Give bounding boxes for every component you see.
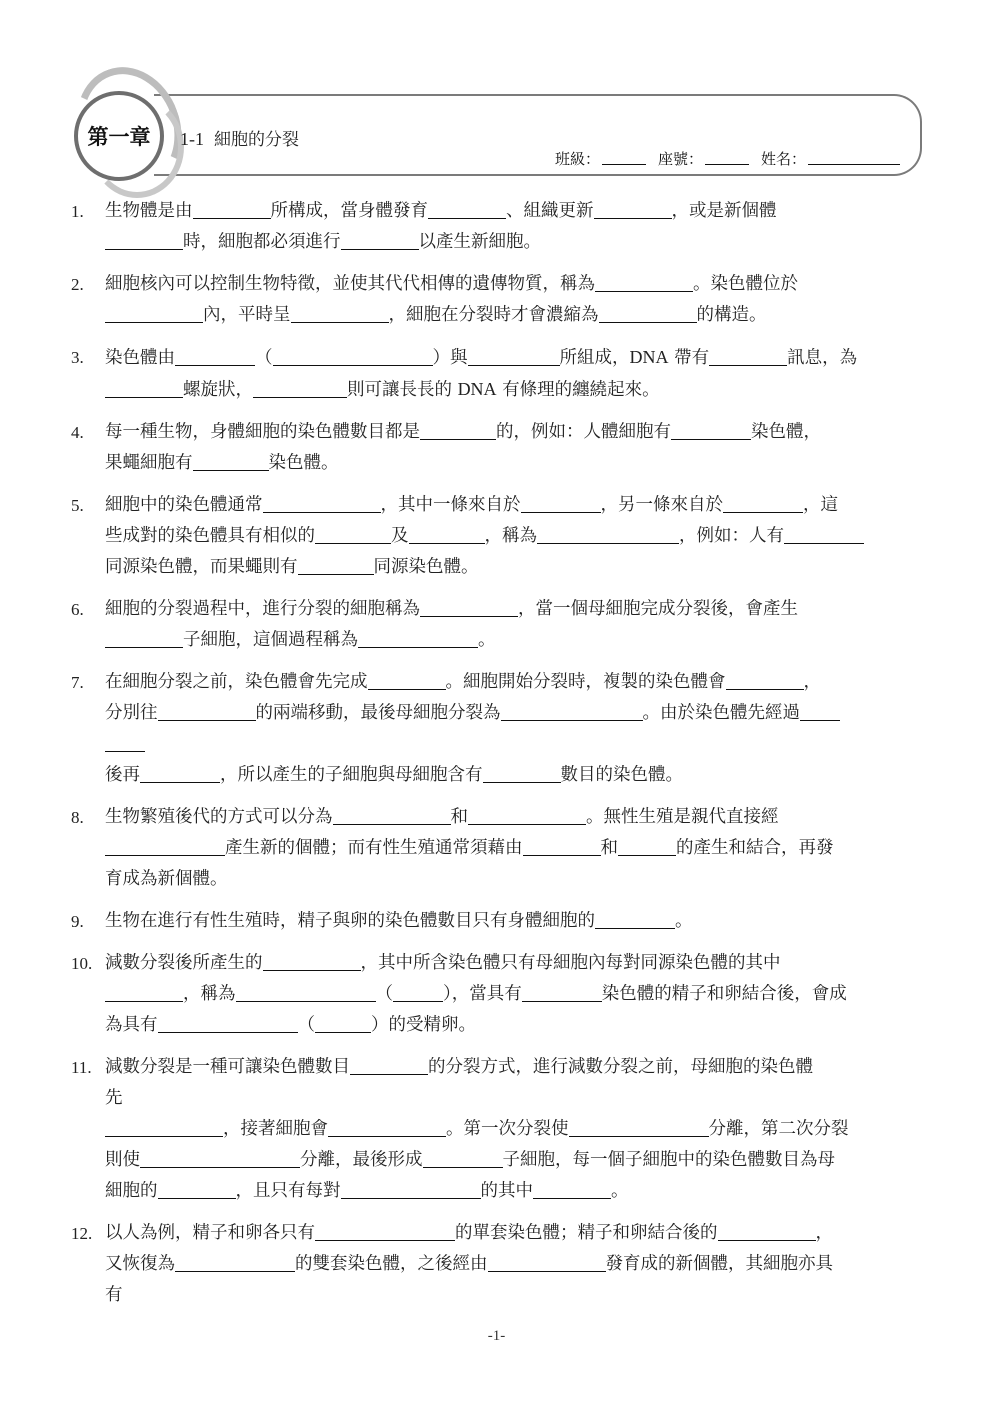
fill-in-blank[interactable] — [158, 700, 256, 721]
question-text: 。由於染色體先經過 — [643, 703, 801, 723]
question-text: ，接著細胞會 — [223, 1119, 328, 1139]
question-text: 有 — [105, 1285, 123, 1305]
fill-in-blank[interactable] — [175, 1251, 295, 1272]
question-text: 同源染色體。 — [374, 557, 479, 577]
question-text: ，或是新個體 — [672, 201, 777, 221]
question-text: （ — [298, 1015, 316, 1035]
question-text: 又恢復為 — [105, 1254, 175, 1274]
question-text: 則可讓長長的 — [347, 380, 458, 400]
question-text: 。 — [478, 630, 496, 650]
question-text: 及 — [391, 526, 409, 546]
question-number: 8. — [71, 802, 84, 833]
question-text: ，其中所含染色體只有母細胞內每對同源染色體的其中 — [361, 953, 781, 973]
fill-in-blank[interactable] — [423, 1147, 503, 1168]
question-text: 。 — [611, 1181, 629, 1201]
question-text: 每一種生物，身體細胞的染色體數目都是 — [105, 422, 420, 442]
question-text: 以人為例，精子和卵各只有 — [105, 1223, 315, 1243]
fill-in-blank[interactable] — [263, 950, 361, 971]
question-text: 後再 — [105, 765, 140, 785]
question-text: 分別往 — [105, 703, 158, 723]
section-title: 1-1細胞的分裂 — [180, 125, 299, 150]
question-text: 訊息，為 — [787, 348, 857, 368]
chapter-badge: 第一章 — [74, 91, 164, 181]
question-text: 染色體， — [751, 422, 821, 442]
class-label: 班級： — [555, 148, 600, 169]
seat-number-field[interactable]: 座號： — [658, 148, 749, 169]
question-text: 。 — [675, 911, 693, 931]
question-text: 先 — [105, 1088, 123, 1108]
question-item: 11.減數分裂是一種可讓染色體數目的分裂方式，進行減數分裂之前，母細胞的染色體先… — [68, 1052, 918, 1207]
question-text: 螺旋狀， — [183, 380, 253, 400]
fill-in-blank[interactable] — [523, 835, 601, 856]
question-text: 染色體。 — [269, 453, 339, 473]
fill-in-blank[interactable] — [393, 981, 443, 1002]
fill-in-blank[interactable] — [158, 1178, 236, 1199]
question-item: 2.細胞核內可以控制生物特徵，並使其代代相傳的遺傳物質，稱為。染色體位於內，平時… — [68, 269, 918, 331]
question-text-latin: DNA — [630, 347, 669, 367]
question-item: 5.細胞中的染色體通常，其中一條來自於，另一條來自於，這些成對的染色體具有相似的… — [68, 490, 918, 583]
fill-in-blank[interactable] — [236, 981, 376, 1002]
fill-in-blank[interactable] — [193, 450, 269, 471]
class-field[interactable]: 班級： — [555, 148, 646, 169]
question-number: 9. — [71, 906, 84, 937]
question-text: ， — [804, 672, 822, 692]
question-item: 6.細胞的分裂過程中，進行分裂的細胞稱為，當一個母細胞完成分裂後，會產生子細胞，… — [68, 594, 918, 656]
question-text: 以產生新細胞。 — [419, 232, 542, 252]
question-number: 4. — [71, 417, 84, 448]
question-text: 生物在進行有性生殖時，精子與卵的染色體數目只有身體細胞的 — [105, 911, 595, 931]
fill-in-blank[interactable] — [315, 523, 391, 544]
question-number: 10. — [71, 948, 92, 979]
fill-in-blank[interactable] — [501, 700, 643, 721]
fill-in-blank[interactable] — [140, 1147, 300, 1168]
question-text: 時，細胞都必須進行 — [183, 232, 341, 252]
question-item: 12.以人為例，精子和卵各只有的單套染色體；精子和卵結合後的，又恢復為的雙套染色… — [68, 1218, 918, 1311]
fill-in-blank[interactable] — [315, 1220, 455, 1241]
question-text: （ — [255, 348, 273, 368]
fill-in-blank[interactable] — [594, 198, 672, 219]
seat-number-label: 座號： — [658, 148, 703, 169]
class-input-line[interactable] — [602, 163, 646, 165]
fill-in-blank[interactable] — [533, 1178, 611, 1199]
question-text: 發育成的新個體，其細胞亦具 — [606, 1254, 834, 1274]
question-text: 、組織更新 — [506, 201, 594, 221]
fill-in-blank[interactable] — [409, 523, 485, 544]
question-text: ，這 — [803, 495, 838, 515]
fill-in-blank[interactable] — [253, 377, 347, 398]
question-number: 5. — [71, 490, 84, 521]
question-number: 12. — [71, 1218, 92, 1249]
question-text: 子細胞，每一個子細胞中的染色體數目為母 — [503, 1150, 836, 1170]
question-text: 產生新的個體；而有性生殖通常須藉由 — [225, 838, 523, 858]
question-text: 些成對的染色體具有相似的 — [105, 526, 315, 546]
question-text: 減數分裂後所產生的 — [105, 953, 263, 973]
question-text: ，當一個母細胞完成分裂後，會產生 — [518, 599, 798, 619]
question-text: 的雙套染色體，之後經由 — [295, 1254, 488, 1274]
question-item: 10.減數分裂後所產生的，其中所含染色體只有母細胞內每對同源染色體的其中，稱為（… — [68, 948, 918, 1041]
question-text: 的兩端移動，最後母細胞分裂為 — [256, 703, 501, 723]
question-text: （ — [376, 984, 394, 1004]
fill-in-blank[interactable] — [140, 762, 220, 783]
question-text: 的其中 — [481, 1181, 534, 1201]
question-text: 分離，最後形成 — [300, 1150, 423, 1170]
question-text: 為具有 — [105, 1015, 158, 1035]
question-text: 染色體由 — [105, 348, 175, 368]
question-text: 細胞核內可以控制生物特徵，並使其代代相傳的遺傳物質，稱為 — [105, 274, 595, 294]
fill-in-blank[interactable] — [368, 669, 446, 690]
question-text: ，所以產生的子細胞與母細胞含有 — [220, 765, 483, 785]
question-number: 2. — [71, 269, 84, 300]
fill-in-blank[interactable] — [291, 302, 389, 323]
question-text: 。染色體位於 — [693, 274, 798, 294]
fill-in-blank[interactable] — [618, 835, 676, 856]
question-text: 育成為新個體。 — [105, 869, 228, 889]
fill-in-blank[interactable] — [569, 1116, 709, 1137]
question-text: 。無性生殖是親代直接經 — [586, 807, 779, 827]
question-list: 1.生物體是由所構成，當身體發育、組織更新，或是新個體時，細胞都必須進行以產生新… — [68, 196, 918, 1322]
fill-in-blank[interactable] — [595, 271, 693, 292]
question-text: 生物繁殖後代的方式可以分為 — [105, 807, 333, 827]
fill-in-blank[interactable] — [273, 345, 433, 366]
fill-in-blank[interactable] — [800, 700, 840, 721]
section-name: 細胞的分裂 — [214, 130, 299, 150]
question-number: 1. — [71, 196, 84, 227]
fill-in-blank[interactable] — [105, 835, 225, 856]
fill-in-blank[interactable] — [263, 492, 381, 513]
question-item: 8.生物繁殖後代的方式可以分為和。無性生殖是親代直接經產生新的個體；而有性生殖通… — [68, 802, 918, 895]
question-text: ，其中一條來自於 — [381, 495, 521, 515]
question-item: 7.在細胞分裂之前，染色體會先完成。細胞開始分裂時，複製的染色體會，分別往的兩端… — [68, 667, 918, 791]
question-text: 的單套染色體；精子和卵結合後的 — [455, 1223, 718, 1243]
question-text: ，另一條來自於 — [601, 495, 724, 515]
question-text: 和 — [451, 807, 469, 827]
question-text: 所構成，當身體發育 — [271, 201, 429, 221]
fill-in-blank[interactable] — [105, 302, 203, 323]
question-text: ，且只有每對 — [236, 1181, 341, 1201]
name-label: 姓名： — [761, 148, 806, 169]
question-text: 所組成， — [560, 348, 630, 368]
fill-in-blank[interactable] — [428, 198, 506, 219]
question-text: 有條理的纏繞起來。 — [497, 380, 660, 400]
fill-in-blank[interactable] — [726, 669, 804, 690]
fill-in-blank[interactable] — [175, 345, 255, 366]
question-text: ，稱為 — [485, 526, 538, 546]
fill-in-blank[interactable] — [333, 804, 451, 825]
question-text: 。第一次分裂使 — [446, 1119, 569, 1139]
fill-in-blank[interactable] — [723, 492, 803, 513]
name-field[interactable]: 姓名： — [761, 148, 900, 169]
fill-in-blank[interactable] — [671, 419, 751, 440]
question-number: 3. — [71, 342, 84, 373]
question-item: 1.生物體是由所構成，當身體發育、組織更新，或是新個體時，細胞都必須進行以產生新… — [68, 196, 918, 258]
fill-in-blank[interactable] — [595, 908, 675, 929]
question-text: ，細胞在分裂時才會濃縮為 — [389, 305, 599, 325]
question-item: 4.每一種生物，身體細胞的染色體數目都是的，例如：人體細胞有染色體，果蠅細胞有染… — [68, 417, 918, 479]
question-text-latin: DNA — [458, 379, 497, 399]
question-text: 的，例如：人體細胞有 — [496, 422, 671, 442]
fill-in-blank[interactable] — [158, 1012, 298, 1033]
page-number: -1- — [0, 1328, 993, 1345]
question-text: 分離，第二次分裂 — [709, 1119, 849, 1139]
question-text: 染色體的精子和卵結合後，會成 — [602, 984, 847, 1004]
question-item: 9.生物在進行有性生殖時，精子與卵的染色體數目只有身體細胞的。 — [68, 906, 918, 937]
name-input-line[interactable] — [808, 163, 900, 165]
question-text: 在細胞分裂之前，染色體會先完成 — [105, 672, 368, 692]
fill-in-blank[interactable] — [718, 1220, 816, 1241]
question-text: 內，平時呈 — [203, 305, 291, 325]
fill-in-blank[interactable] — [522, 981, 602, 1002]
fill-in-blank[interactable] — [488, 1251, 606, 1272]
fill-in-blank[interactable] — [341, 229, 419, 250]
fill-in-blank[interactable] — [358, 627, 478, 648]
question-text: 同源染色體，而果蠅則有 — [105, 557, 298, 577]
fill-in-blank[interactable] — [784, 523, 864, 544]
fill-in-blank[interactable] — [521, 492, 601, 513]
fill-in-blank[interactable] — [468, 345, 560, 366]
fill-in-blank[interactable] — [537, 523, 679, 544]
fill-in-blank[interactable] — [599, 302, 697, 323]
question-text: 。細胞開始分裂時，複製的染色體會 — [446, 672, 726, 692]
section-number: 1-1 — [180, 129, 204, 149]
question-number: 11. — [71, 1052, 92, 1083]
question-item: 3.染色體由（）與所組成，DNA 帶有訊息，為螺旋狀，則可讓長長的 DNA 有條… — [68, 342, 918, 406]
fill-in-blank[interactable] — [420, 596, 518, 617]
fill-in-blank[interactable] — [298, 554, 374, 575]
student-info: 班級： 座號： 姓名： — [543, 148, 900, 169]
chapter-label: 第一章 — [88, 121, 151, 151]
question-text: ， — [816, 1223, 834, 1243]
question-text: 數目的染色體。 — [561, 765, 684, 785]
question-text: 細胞的分裂過程中，進行分裂的細胞稱為 — [105, 599, 420, 619]
seat-number-input-line[interactable] — [705, 163, 749, 165]
fill-in-blank[interactable] — [105, 627, 183, 648]
question-text: 的產生和結合，再發 — [676, 838, 834, 858]
fill-in-blank[interactable] — [420, 419, 496, 440]
question-text: 減數分裂是一種可讓染色體數目 — [105, 1057, 350, 1077]
question-text: ），當具有 — [443, 984, 522, 1004]
fill-in-blank[interactable] — [315, 1012, 371, 1033]
question-text: 和 — [601, 838, 619, 858]
question-text: 的構造。 — [697, 305, 767, 325]
question-text: 果蠅細胞有 — [105, 453, 193, 473]
question-text: 生物體是由 — [105, 201, 193, 221]
question-text: 則使 — [105, 1150, 140, 1170]
fill-in-blank[interactable] — [105, 981, 183, 1002]
question-text: ，例如：人有 — [679, 526, 784, 546]
question-text: ）的受精卵。 — [371, 1015, 476, 1035]
fill-in-blank[interactable] — [105, 229, 183, 250]
fill-in-blank[interactable] — [193, 198, 271, 219]
question-text: ）與 — [433, 348, 468, 368]
worksheet-header: 第一章 1-1細胞的分裂 班級： 座號： 姓名： — [68, 66, 928, 186]
question-text: ，稱為 — [183, 984, 236, 1004]
fill-in-blank[interactable] — [350, 1054, 428, 1075]
question-text: 子細胞，這個過程稱為 — [183, 630, 358, 650]
fill-in-blank[interactable] — [341, 1178, 481, 1199]
question-number: 6. — [71, 594, 84, 625]
question-number: 7. — [71, 667, 84, 698]
fill-in-blank[interactable] — [709, 345, 787, 366]
question-text: 細胞中的染色體通常 — [105, 495, 263, 515]
question-text: 細胞的 — [105, 1181, 158, 1201]
question-text: 的分裂方式，進行減數分裂之前，母細胞的染色體 — [428, 1057, 813, 1077]
fill-in-blank[interactable] — [328, 1116, 446, 1137]
question-text: 帶有 — [669, 348, 710, 368]
fill-in-blank[interactable] — [105, 1116, 223, 1137]
fill-in-blank[interactable] — [468, 804, 586, 825]
fill-in-blank[interactable] — [105, 731, 145, 752]
fill-in-blank[interactable] — [483, 762, 561, 783]
fill-in-blank[interactable] — [105, 377, 183, 398]
